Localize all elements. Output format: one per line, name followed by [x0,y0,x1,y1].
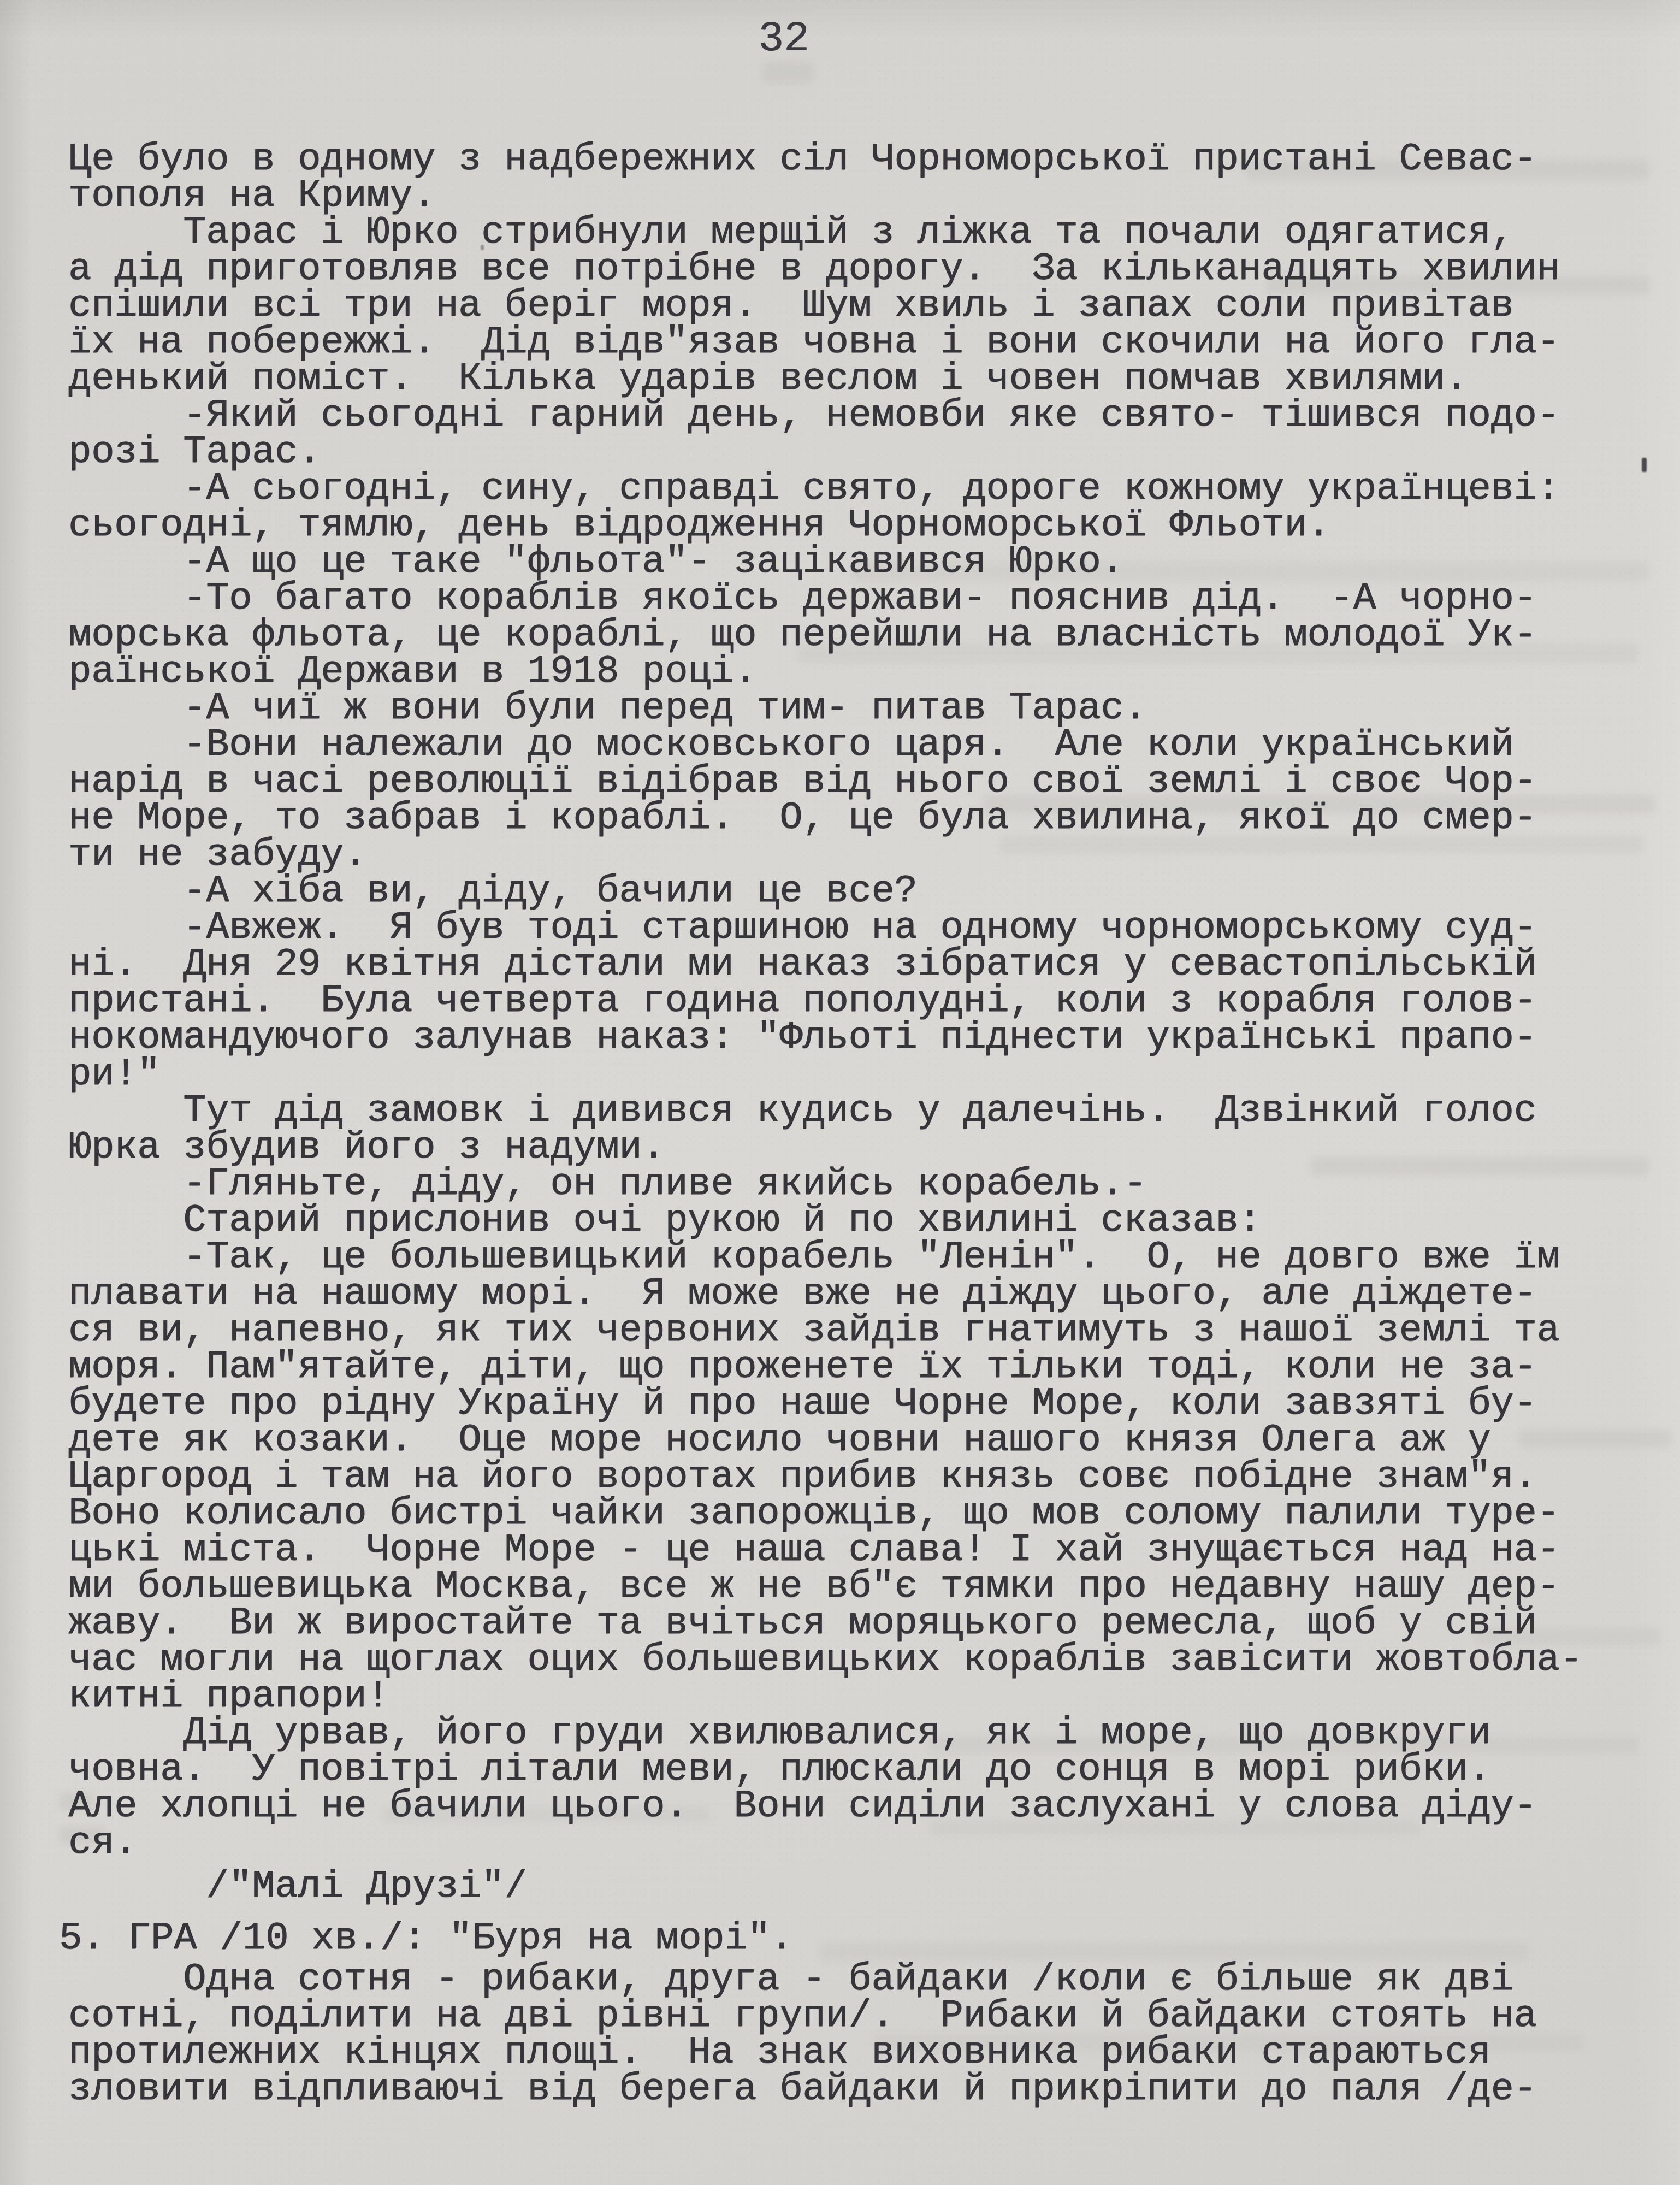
bleed-through-ghost [762,61,814,84]
text-line: -Вони належали до московського царя. Але… [68,727,1641,764]
text-line: протилежних кінцях площі. На знак виховн… [68,2035,1641,2071]
text-line: -Гляньте, діду, он пливе якийсь корабель… [68,1166,1641,1203]
text-line: Воно колисало бистрі чайки запорожців, щ… [68,1496,1641,1532]
scan-speck [1642,458,1647,472]
text-line: сьогодні, тямлю, день відродження Чорном… [68,507,1641,544]
text-line: нарід в часі революції відібрав від ньог… [68,764,1641,800]
text-line: Одна сотня - рибаки, друга - байдаки /ко… [68,1962,1641,1998]
text-line: Царгород і там на його воротах прибив кн… [68,1459,1641,1496]
text-line: цькі міста. Чорне Море - це наша слава! … [68,1532,1641,1569]
text-line: тополя на Криму. [68,178,1641,215]
text-line: -Який сьогодні гарний день, немовби яке … [68,398,1641,434]
typewritten-text: Це було в одному з надбережних сіл Чорно… [68,141,1641,2108]
text-line: денький поміст. Кілька ударів веслом і ч… [68,361,1641,398]
text-line: Юрка збудив його з надуми. [68,1130,1641,1166]
text-line: -То багато кораблів якоїсь держави- пояс… [68,581,1641,617]
story-paragraphs: Це було в одному з надбережних сіл Чорно… [68,141,1641,1862]
text-line: ри!" [68,1056,1641,1093]
text-line: їх на побережжі. Дід відв"язав човна і в… [68,324,1641,361]
text-line: Але хлопці не бачили цього. Вони сиділи … [68,1788,1641,1825]
text-line: /"Малі Друзі"/ [68,1869,1641,1905]
text-line: будете про рідну Україну й про наше Чорн… [68,1386,1641,1422]
text-line: ми большевицька Москва, все ж не вб"є тя… [68,1569,1641,1605]
text-line: -Авжеж. Я був тоді старшиною на одному ч… [68,910,1641,947]
text-line: китні прапори! [68,1679,1641,1715]
text-line: нокомандуючого залунав наказ: "Фльоті пі… [68,1020,1641,1056]
text-line: розі Тарас. [68,434,1641,471]
text-line: -А чиї ж вони були перед тим- питав Тара… [68,690,1641,727]
text-line: човна. У повітрі літали меви, плюскали д… [68,1752,1641,1788]
text-line: зловити відпливаючі від берега байдаки й… [68,2071,1641,2108]
text-line: не Море, то забрав і кораблі. О, це була… [68,800,1641,837]
text-line: ся. [68,1825,1641,1862]
text-line: 5. ГРА /10 хв./: "Буря на морі". [59,1921,1641,1957]
text-line: час могли на щоглах оцих большевицьких к… [68,1642,1641,1679]
text-line: морська фльота, це кораблі, що перейшли … [68,617,1641,654]
text-line: -А сьогодні, сину, справді свято, дороге… [68,471,1641,507]
source-citation: /"Малі Друзі"/ [68,1869,1641,1905]
text-line: Тут дід замовк і дивився кудись у далечі… [68,1093,1641,1130]
text-line: Старий прислонив очі рукою й по хвилині … [68,1203,1641,1239]
scanned-typewritten-page: { "page": { "number": "32" }, "doc": { "… [0,0,1680,2185]
text-line: Дід урвав, його груди хвилювалися, як і … [68,1715,1641,1752]
text-line: -А що це таке "фльота"- зацікавився Юрко… [68,544,1641,581]
text-line: -А хіба ви, діду, бачили це все? [68,873,1641,910]
text-line: ти не забуду. [68,837,1641,873]
text-line: -Так, це большевицький корабель "Ленін".… [68,1239,1641,1276]
text-line: ся ви, напевно, як тих червоних зайдів г… [68,1313,1641,1349]
section-5-game-heading: 5. ГРА /10 хв./: "Буря на морі". [59,1921,1641,1957]
text-line: сотні, поділити на дві рівні групи/. Риб… [68,1998,1641,2035]
text-line: ні. Дня 29 квітня дістали ми наказ зібра… [68,947,1641,983]
game-instructions: Одна сотня - рибаки, друга - байдаки /ко… [68,1962,1641,2108]
text-line: жаву. Ви ж виростайте та вчіться моряцьк… [68,1605,1641,1642]
text-line: моря. Пам"ятайте, діти, що проженете їх … [68,1349,1641,1386]
text-line: спішили всі три на беріг моря. Шум хвиль… [68,288,1641,324]
text-line: плавати на нашому морі. Я може вже не ді… [68,1276,1641,1313]
text-line: пристані. Була четверта година пополудні… [68,983,1641,1020]
page-number: 32 [758,15,809,63]
text-line: Це було в одному з надбережних сіл Чорно… [68,141,1641,178]
text-line: раїнської Держави в 1918 році. [68,654,1641,690]
text-line: Тарас і Юрко стрибнули мерщій з ліжка та… [68,215,1641,251]
text-line: дете як козаки. Оце море носило човни на… [68,1422,1641,1459]
text-line: а дід приготовляв все потрібне в дорогу.… [68,251,1641,288]
